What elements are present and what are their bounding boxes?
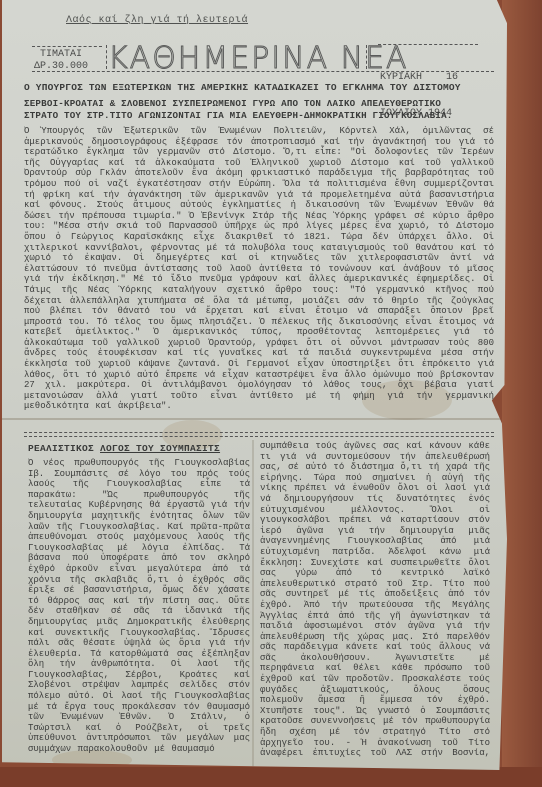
headline-1: Ο ΥΠΟΥΡΓΟΣ ΤΩΝ ΕΞΩΤΕΡΙΚΩΝ ΤΗΣ ΑΜΕΡΙΚΗΣ Κ… — [24, 82, 461, 93]
newspaper-title: ΚΑΘΗΜΕΡΙΝΑ ΝΕΑ — [108, 44, 362, 74]
article-column-2: συμπάθεια τούς ἀγῶνες σας καί κάνουν κάθ… — [260, 441, 490, 759]
title-divider — [366, 45, 368, 69]
article-heading: ΡΕΑΛΙΣΤΙΚΟΣ ΛΟΓΟΣ ΤΟΥ ΣΟΥΜΠΑΣΙΤΣ — [28, 443, 220, 454]
fold-crease — [252, 440, 254, 770]
price-box: ΤΙΜΑΤΑΙ ΔΡ.30.000 — [34, 49, 88, 73]
masthead-rule — [32, 46, 102, 47]
section-rule — [24, 432, 494, 437]
background-wood-bottom — [0, 767, 542, 787]
article-heading-part1: ΡΕΑΛΙΣΤΙΚΟΣ — [28, 443, 100, 454]
lead-article-body: Ὁ Ὑπουργός τῶν Ἐξωτερικῶν τῶν Ἑνωμένων Π… — [24, 126, 494, 430]
article-heading-part2: ΛΟΓΟΣ ΤΟΥ ΣΟΥΜΠΑΣΙΤΣ — [100, 443, 220, 454]
newspaper-page: Λαός καί ζλη γιά τή λευτεριά ΤΙΜΑΤΑΙ ΔΡ.… — [2, 0, 507, 770]
background-wood — [502, 0, 542, 787]
price-label: ΤΙΜΑΤΑΙ — [34, 49, 88, 61]
article-column-1: Ὁ νέος πρωθυπουργός τῆς Γιουγκοσλαβίας Ἰ… — [28, 458, 250, 758]
price-value: ΔΡ.30.000 — [34, 61, 88, 73]
headline-2: ΣΕΡΒΟΙ-ΚΡΟΑΤΑΙ & ΣΛΟΒΕΝΟΙ ΣΥΣΠΕΙΡΩΜΕΝΟΙ … — [24, 98, 441, 109]
motto: Λαός καί ζλη γιά τή λευτεριά — [66, 15, 248, 26]
headline-3: ΣΤΡΑΤΟ ΤΟΥ ΣΤΡ.ΤΙΤΟ ΑΓΩΝΙΖΟΝΤΑΙ ΓΙΑ ΜΙΑ … — [24, 110, 453, 121]
